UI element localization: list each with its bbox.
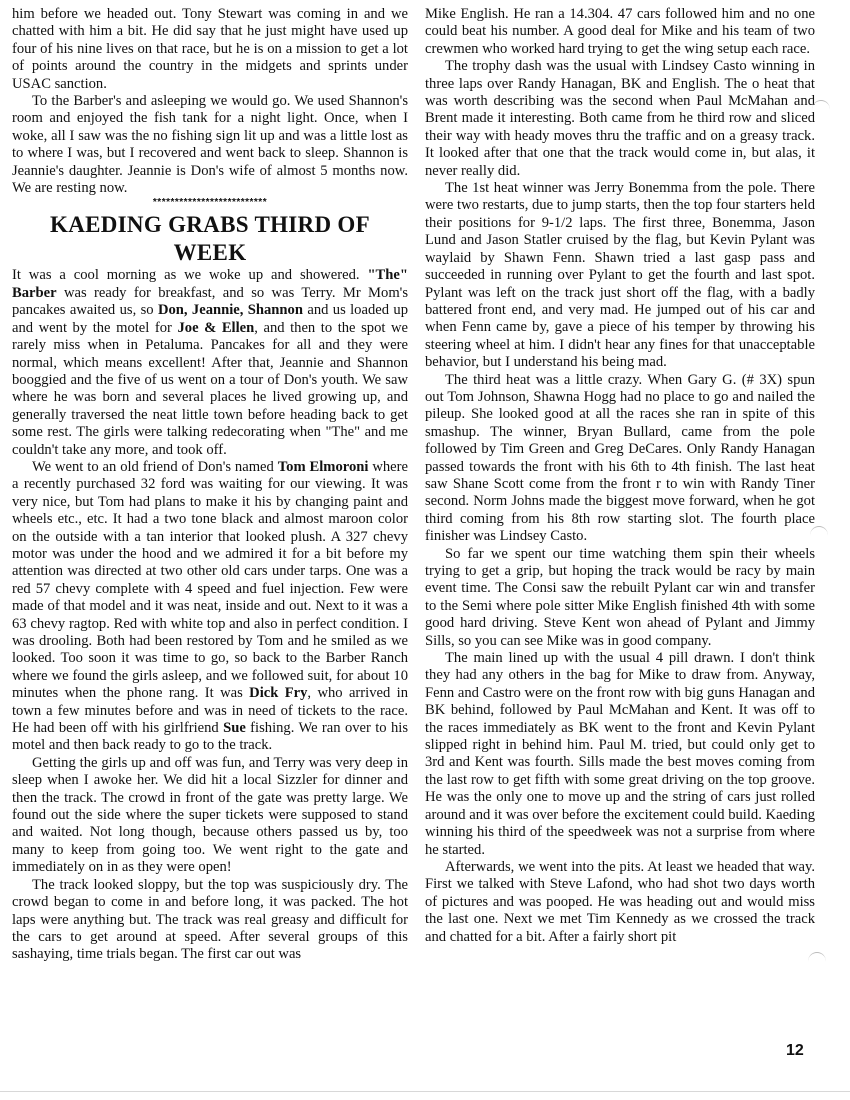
scan-artifact	[812, 100, 830, 119]
scan-artifact	[810, 526, 828, 545]
paragraph: It was a cool morning as we woke up and …	[12, 267, 408, 458]
text-run: To the Barber's and asleeping we would g…	[12, 93, 408, 196]
text-run: him before we headed out. Tony Stewart w…	[12, 6, 408, 92]
text-run: The track looked sloppy, but the top was…	[12, 877, 408, 963]
text-run: Mike English. He ran a 14.304. 47 cars f…	[425, 6, 815, 57]
text-run: It was a cool morning as we woke up and …	[12, 267, 367, 283]
text-run: , and then to the spot we rarely miss wh…	[12, 320, 408, 458]
paragraph: The main lined up with the usual 4 pill …	[425, 650, 815, 859]
text-run: Afterwards, we went into the pits. At le…	[425, 859, 815, 945]
page-number: 12	[786, 1042, 804, 1060]
paragraph: The third heat was a little crazy. When …	[425, 372, 815, 546]
bold-name: Don, Jeannie, Shannon	[158, 302, 303, 318]
text-run: The 1st heat winner was Jerry Bonemma fr…	[425, 180, 815, 370]
scan-artifact	[808, 952, 826, 971]
bold-name: Tom Elmoroni	[278, 459, 369, 475]
paragraph: To the Barber's and asleeping we would g…	[12, 93, 408, 197]
paragraph: Afterwards, we went into the pits. At le…	[425, 859, 815, 946]
paragraph: We went to an old friend of Don's named …	[12, 459, 408, 755]
article-headline: KAEDING GRABS THIRD OF WEEK	[12, 211, 408, 267]
star-separator: **************************	[12, 197, 408, 209]
text-run: The main lined up with the usual 4 pill …	[425, 650, 815, 857]
paragraph: The 1st heat winner was Jerry Bonemma fr…	[425, 180, 815, 371]
left-paragraphs-after-heading: It was a cool morning as we woke up and …	[12, 267, 408, 963]
text-run: Getting the girls up and off was fun, an…	[12, 755, 408, 875]
text-run: So far we spent our time watching them s…	[425, 546, 815, 649]
page-bottom-edge	[0, 1091, 850, 1092]
bold-name: Dick Fry	[249, 685, 307, 701]
paragraph: The track looked sloppy, but the top was…	[12, 877, 408, 964]
right-column: Mike English. He ran a 14.304. 47 cars f…	[425, 6, 815, 946]
text-run: The trophy dash was the usual with Linds…	[425, 58, 815, 178]
left-paragraphs-before-heading: him before we headed out. Tony Stewart w…	[12, 6, 408, 197]
bold-name: Sue	[223, 720, 246, 736]
text-run: We went to an old friend of Don's named	[32, 459, 278, 475]
paragraph: him before we headed out. Tony Stewart w…	[12, 6, 408, 93]
paragraph: So far we spent our time watching them s…	[425, 546, 815, 650]
text-run: The third heat was a little crazy. When …	[425, 372, 815, 545]
text-run: where a recently purchased 32 ford was w…	[12, 459, 408, 701]
left-column: him before we headed out. Tony Stewart w…	[12, 6, 408, 964]
paragraph: The trophy dash was the usual with Linds…	[425, 58, 815, 180]
document-page: him before we headed out. Tony Stewart w…	[0, 0, 850, 1100]
paragraph: Mike English. He ran a 14.304. 47 cars f…	[425, 6, 815, 58]
right-paragraphs: Mike English. He ran a 14.304. 47 cars f…	[425, 6, 815, 946]
bold-name: Joe & Ellen	[177, 320, 254, 336]
paragraph: Getting the girls up and off was fun, an…	[12, 755, 408, 877]
